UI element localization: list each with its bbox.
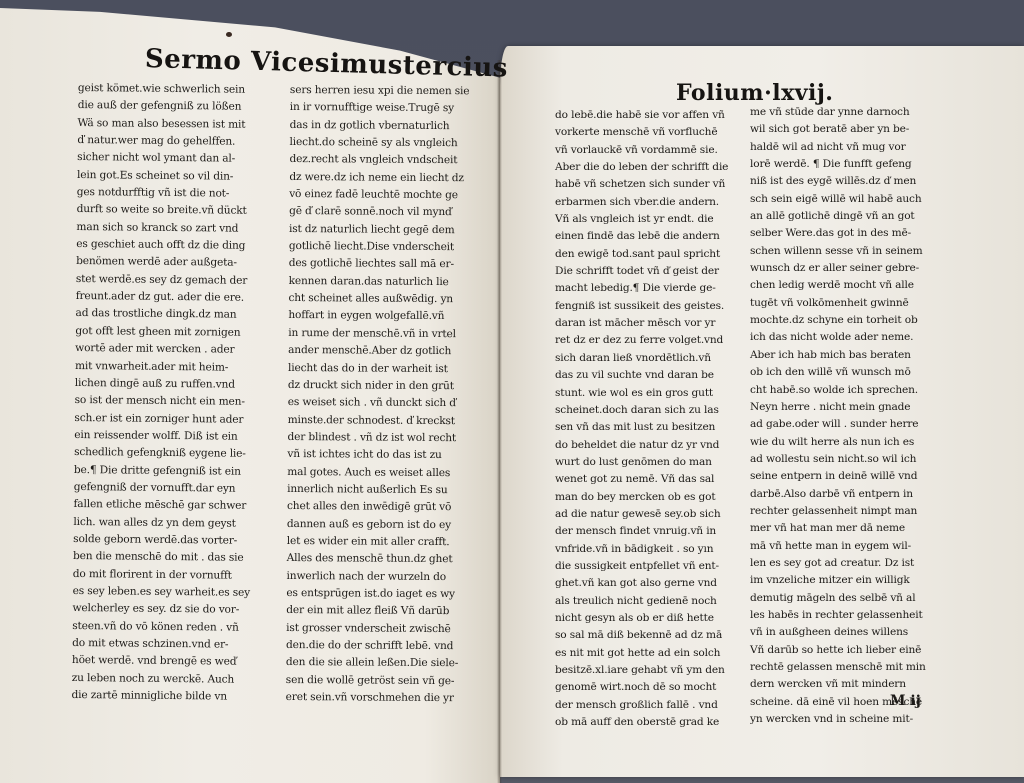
text-line: im vnzeliche mitzer ein willigk [750, 572, 950, 589]
text-line: demutig māgeln des selbē vñ al [750, 590, 950, 607]
text-line: mal gotes. Auch es weiset alles [287, 464, 477, 483]
text-line: lichen dingē auß zu ruffen.vnd [75, 375, 267, 394]
text-line: höet werdē. vnd brengē es weď [72, 652, 264, 671]
text-line: benömen werdē ader außgeta- [76, 253, 268, 272]
text-line: minste.der schnodest. ď kreckst [288, 412, 478, 431]
text-line: Aber die do leben der schrifft die [555, 159, 745, 176]
signature-mark: M ij [890, 693, 921, 709]
book-gutter [497, 60, 502, 783]
text-line: es entsprūgen ist.do iaget es wy [286, 585, 476, 604]
text-line: ein reissender wolff. Diß ist ein [74, 427, 266, 446]
text-line: ob ich den willē vñ wunsch mō [750, 364, 950, 381]
text-line: der mensch findet vnruig.vñ in [555, 523, 745, 540]
text-line: ist grosser vnderscheit zwischē [286, 620, 476, 639]
text-line: yn wercken vnd in scheine mit- [750, 711, 950, 728]
text-line: der blindest . vñ dz ist wol recht [287, 429, 477, 448]
text-line: stunt. wie wol es ein gros gutt [555, 385, 745, 402]
text-line: sen die wollē getröst sein vñ ge- [286, 672, 476, 691]
text-line: sich daran ließ vnordētlich.vñ [555, 350, 745, 367]
text-line: cht scheinet alles außwēdig. yn [288, 290, 478, 309]
text-line: mochte.dz schyne ein torheit ob [750, 312, 950, 329]
text-line: die sussigkeit entpfellet vñ ent- [555, 558, 745, 575]
text-line: das in dz gotlich vbernaturlich [290, 117, 480, 136]
text-line: hoffart in eygen wolgefallē.vñ [288, 307, 478, 326]
text-line: ď natur.wer mag do gehelffen. [77, 132, 269, 151]
text-line: an allē gotlichē dingē vñ an got [750, 208, 950, 225]
text-line: geist kömet.wie schwerlich sein [78, 80, 270, 99]
text-line: fengniß ist sussikeit des geistes. [555, 298, 745, 315]
text-line: mit vnwarheit.ader mit heim- [75, 357, 267, 376]
text-line: dez.recht als vngleich vndscheit [289, 151, 479, 170]
text-line: lorē werdē. ¶ Die funfft gefeng [750, 156, 950, 173]
text-line: darbē.Also darbē vñ entpern in [750, 486, 950, 503]
text-line: ad die natur gewesē sey.ob sich [555, 506, 745, 523]
text-line: sch.er ist ein zorniger hunt ader [74, 410, 266, 429]
text-line: dz druckt sich nider in den grūt [288, 377, 478, 396]
text-line: sen vñ das mit lust zu besitzen [555, 419, 745, 436]
text-line: do mit florirent in der vornufft [73, 566, 265, 585]
text-line: nicht gesyn als ob er diß hette [555, 610, 745, 627]
text-line: Vñ als vngleich ist yr endt. die [555, 211, 745, 228]
text-line: freunt.ader dz gut. ader die ere. [76, 288, 268, 307]
text-line: man do bey mercken ob es got [555, 489, 745, 506]
text-line: macht lebedig.¶ Die vierde ge- [555, 280, 745, 297]
text-line: es geschiet auch offt dz die ding [76, 236, 268, 255]
right-page-column-1: do lebē.die habē sie vor affen vñvorkert… [555, 107, 745, 731]
text-line: Neyn herre . nicht mein gnade [750, 399, 950, 416]
text-line: sicher nicht wol ymant dan al- [77, 149, 269, 168]
text-line: den die sie allein leßen.Die siele- [286, 654, 476, 673]
text-line: das zu vil suchte vnd daran be [555, 367, 745, 384]
text-line: sers herren iesu xpi die nemen sie [290, 82, 480, 101]
text-line: selber Were.das got in des mē- [750, 225, 950, 242]
text-line: ander menschē.Aber dz gotlich [288, 342, 478, 361]
text-line: es nit mit got hette ad ein solch [555, 645, 745, 662]
text-line: do lebē.die habē sie vor affen vñ [555, 107, 745, 124]
text-line: do beheldet die natur dz yr vnd [555, 437, 745, 454]
binding-thread [226, 32, 232, 37]
text-line: Wä so man also besessen ist mit [77, 115, 269, 134]
text-line: me vñ stūde dar ynne darnoch [750, 104, 950, 121]
right-page-column-2: me vñ stūde dar ynne darnochwil sich got… [750, 104, 950, 728]
text-line: gē ď clarē sonnē.noch vil mynď [289, 203, 479, 222]
text-line: die auß der gefengniß zu lößen [78, 97, 270, 116]
text-line: der ein mit allez fleiß Vñ darūb [286, 602, 476, 621]
text-line: daran ist mācher mēsch vor yr [555, 315, 745, 332]
text-line: vñ ist ichtes icht do das ist zu [287, 446, 477, 465]
text-line: ist dz naturlich liecht gegē dem [289, 221, 479, 240]
text-line: seine entpern in deinē willē vnd [750, 468, 950, 485]
text-line: innerlich nicht außerlich Es su [287, 481, 477, 500]
text-line: wortē ader mit wercken . ader [75, 340, 267, 359]
text-line: einen findē das lebē die andern [555, 228, 745, 245]
text-line: Vñ darūb so hette ich lieber einē [750, 642, 950, 659]
text-line: gefengniß der vornufft.dar eyn [74, 479, 266, 498]
text-line: vñ vorlauckē vñ vordammē sie. [555, 142, 745, 159]
text-line: les habēs in rechter gelassenheit [750, 607, 950, 624]
text-line: steen.vñ do vō könen reden . vñ [72, 618, 264, 637]
text-line: in rume der menschē.vñ in vrtel [288, 325, 478, 344]
text-line: cht habē.so wolde ich sprechen. [750, 382, 950, 399]
text-line: so sal mā diß bekennē ad dz mā [555, 627, 745, 644]
text-line: wurt do lust genōmen do man [555, 454, 745, 471]
text-line: als treulich nicht gedienē noch [555, 593, 745, 610]
text-line: got offt lest gheen mit zornigen [75, 323, 267, 342]
text-line: wie du wilt herre als nun ich es [750, 434, 950, 451]
text-line: tugēt vñ volkōmenheit gwinnē [750, 295, 950, 312]
text-line: sch sein eigē willē wil habē auch [750, 191, 950, 208]
text-line: es sey leben.es sey warheit.es sey [73, 583, 265, 602]
text-line: wil sich got beratē aber yn be- [750, 121, 950, 138]
left-page-column-1: geist kömet.wie schwerlich seindie auß d… [71, 80, 270, 706]
text-line: ret dz er dez zu ferre volget.vnd [555, 332, 745, 349]
text-line: ben die menschē do mit . das sie [73, 548, 265, 567]
text-line: Alles des menschē thun.dz ghet [287, 550, 477, 569]
text-line: vnfride.vñ in bādigkeit . so yın [555, 541, 745, 558]
text-line: schen willenn sesse vñ in seinem [750, 243, 950, 260]
text-line: ad das trostliche dingk.dz man [75, 305, 267, 324]
text-line: ad gabe.oder will . sunder herre [750, 416, 950, 433]
text-line: mer vñ hat man mer dā neme [750, 520, 950, 537]
left-page-column-2: sers herren iesu xpi die nemen siein ir … [286, 82, 480, 708]
text-line: dz were.dz ich neme ein liecht dz [289, 169, 479, 188]
text-line: zu leben noch zu werckē. Auch [72, 670, 264, 689]
text-line: niß ist des eygē willēs.dz ď men [750, 173, 950, 190]
text-line: haldē wil ad nicht vñ mug vor [750, 139, 950, 156]
text-line: vō einez fadē leuchtē mochte ge [289, 186, 479, 205]
text-line: len es sey got ad creatur. Dz ist [750, 555, 950, 572]
text-line: ad wollestu sein nicht.so wil ich [750, 451, 950, 468]
text-line: liecht das do in der warheit ist [288, 359, 478, 378]
text-line: stet werdē.es sey dz gemach der [76, 271, 268, 290]
text-line: dern wercken vñ mit mindern [750, 676, 950, 693]
text-line: habē vñ schetzen sich sunder vñ [555, 176, 745, 193]
text-line: solde geborn werdē.das vorter- [73, 531, 265, 550]
text-line: welcherley es sey. dz sie do vor- [72, 600, 264, 619]
text-line: rechter gelassenheit nimpt man [750, 503, 950, 520]
text-line: scheinet.doch daran sich zu las [555, 402, 745, 419]
text-line: vñ in außgheen deines willens [750, 624, 950, 641]
right-running-head: Folium·lxvij. [676, 80, 833, 106]
text-line: die zartē minnigliche bilde vn [71, 687, 263, 706]
text-line: ghet.vñ kan got also gerne vnd [555, 575, 745, 592]
text-line: be.¶ Die dritte gefengniß ist ein [74, 462, 266, 481]
text-line: ich das nicht wolde ader neme. [750, 329, 950, 346]
text-line: ges notdurfftig vñ ist die not- [77, 184, 269, 203]
text-line: chen ledig werdē mocht vñ alle [750, 277, 950, 294]
text-line: chet alles den inwēdigē grūt vō [287, 498, 477, 517]
text-line: eret sein.vñ vorschmehen die yr [286, 689, 476, 708]
text-line: genomē wirt.noch dē so mocht [555, 679, 745, 696]
text-line: der mensch großlich fallē . vnd [555, 697, 745, 714]
text-line: Die schrifft todet vñ ď geist der [555, 263, 745, 280]
text-line: mā vñ hette man in eygem wil- [750, 538, 950, 555]
text-line: gotlichē liecht.Dise vnderscheit [289, 238, 479, 257]
text-line: des gotlichē liechtes sall mā er- [289, 255, 479, 274]
text-line: wunsch dz er aller seiner gebre- [750, 260, 950, 277]
text-line: kennen daran.das naturlich lie [289, 273, 479, 292]
text-line: inwerlich nach der wurzeln do [286, 568, 476, 587]
text-line: do mit etwas schzinen.vnd er- [72, 635, 264, 654]
text-line: besitzē.xl.iare gehabt vñ ym den [555, 662, 745, 679]
text-line: dannen auß es geborn ist do ey [287, 516, 477, 535]
text-line: ob mā auff den oberstē grad ke [555, 714, 745, 731]
text-line: es weiset sich . vñ dunckt sich ď [288, 394, 478, 413]
text-line: den.die do der schrifft lebē. vnd [286, 637, 476, 656]
text-line: rechtē gelassen menschē mit min [750, 659, 950, 676]
text-line: vorkerte menschē vñ vorfluchē [555, 124, 745, 141]
text-line: let es wider ein mit aller crafft. [287, 533, 477, 552]
text-line: so ist der mensch nicht ein men- [75, 392, 267, 411]
text-line: erbarmen sich vber.die andern. [555, 194, 745, 211]
text-line: in ir vornufftige weise.Trugē sy [290, 99, 480, 118]
text-line: lein got.Es scheinet so vil din- [77, 167, 269, 186]
text-line: durft so weite so breite.vñ dückt [77, 201, 269, 220]
text-line: den ewigē tod.sant paul spricht [555, 246, 745, 263]
text-line: man sich so kranck so zart vnd [76, 219, 268, 238]
text-line: fallen etliche mēschē gar schwer [73, 496, 265, 515]
text-line: liecht.do scheinē sy als vngleich [290, 134, 480, 153]
text-line: schedlich gefengkniß eygene lie- [74, 444, 266, 463]
text-line: wenet got zu nemē. Vñ das sal [555, 471, 745, 488]
text-line: Aber ich hab mich bas beraten [750, 347, 950, 364]
text-line: lich. wan alles dz yn dem geyst [73, 514, 265, 533]
